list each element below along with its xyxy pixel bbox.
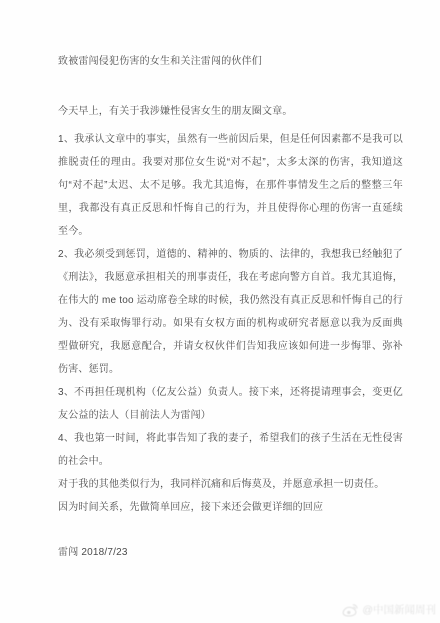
letter-paragraph-3: 3、不再担任现机构（亿友公益）负责人。接下来，还将提请理事会，变更亿友公益的法人… [58,381,403,427]
letter-paragraph-2: 2、我必须受到惩罚，道德的、精神的、物质的、法律的，我想我已经触犯了《刑法》，我… [58,243,403,381]
letter-paragraph-5: 对于我的其他类似行为，我同样沉痛和后悔莫及，并愿意承担一切责任。 [58,473,403,496]
letter-content: 致被雷闯侵犯伤害的女生和关注雷闯的伙伴们 今天早上，有关于我涉嫌性侵害女生的朋友… [58,50,403,564]
letter-paragraph-1: 1、我承认文章中的事实，虽然有一些前因后果，但是任何因素都不是我可以推脱责任的理… [58,128,403,243]
letter-paragraph-6: 因为时间关系，先做简单回应，接下来还会做更详细的回应 [58,496,403,519]
letter-title: 致被雷闯侵犯伤害的女生和关注雷闯的伙伴们 [58,50,403,73]
letter-signature: 雷闯 2018/7/23 [58,541,403,564]
letter-intro: 今天早上，有关于我涉嫌性侵害女生的朋友圈文章。 [58,100,403,123]
watermark-text: @中国新闻周刊 [362,603,436,617]
weibo-eye-icon [342,603,359,617]
letter-page: 致被雷闯侵犯伤害的女生和关注雷闯的伙伴们 今天早上，有关于我涉嫌性侵害女生的朋友… [0,0,440,623]
weibo-watermark: @中国新闻周刊 [342,603,436,617]
letter-paragraph-4: 4、我也第一时间，将此事告知了我的妻子，希望我们的孩子生活在无性侵害的社会中。 [58,427,403,473]
